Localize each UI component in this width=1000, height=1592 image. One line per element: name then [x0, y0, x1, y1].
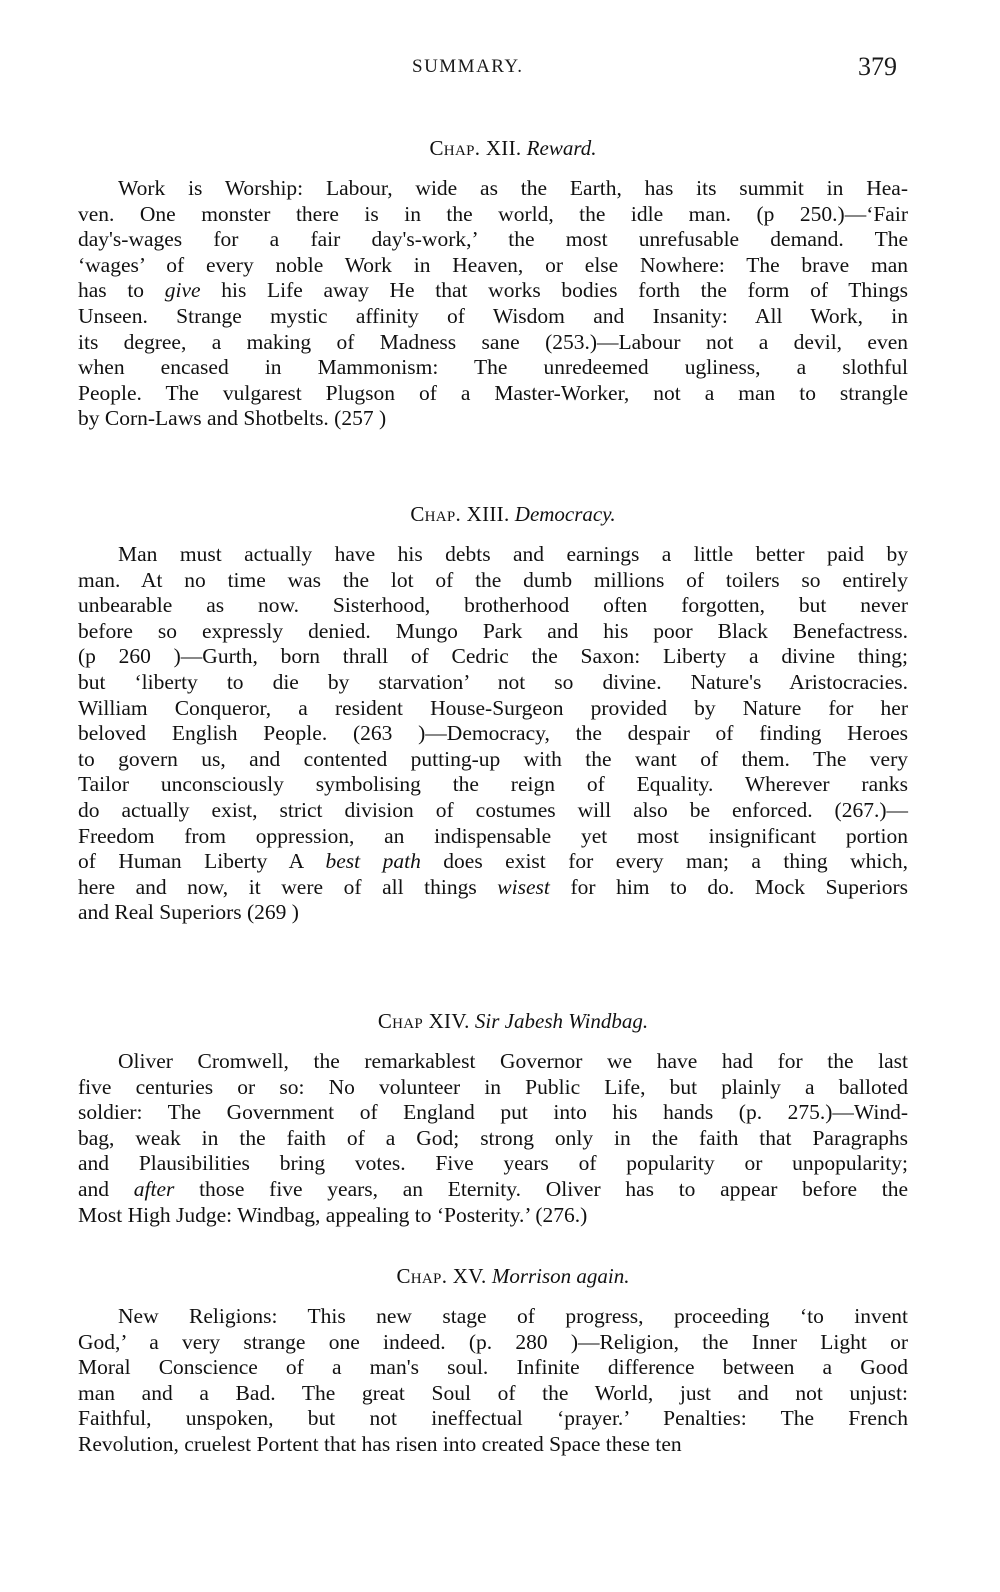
chapter-heading: Chap. XIII. Democracy. — [78, 500, 908, 528]
text-line: and after those five years, an Eternity.… — [78, 1177, 908, 1203]
chapter-label: Chap XIV. — [378, 1009, 470, 1033]
chapter-label: Chap. XIII. — [410, 502, 509, 526]
text-line: ven. One monster there is in the world, … — [78, 202, 908, 228]
text-line: Tailor unconsciously symbolising the rei… — [78, 772, 908, 798]
text-line: when encased in Mammonism: The unredeeme… — [78, 355, 908, 381]
chapter-heading: Chap XIV. Sir Jabesh Windbag. — [78, 1007, 908, 1035]
text-line: People. The vulgarest Plugson of a Maste… — [78, 381, 908, 407]
text-line: man. At no time was the lot of the dumb … — [78, 568, 908, 594]
text-line: five centuries or so: No volunteer in Pu… — [78, 1075, 908, 1101]
text-line: soldier: The Government of England put i… — [78, 1100, 908, 1126]
text-line: bag, weak in the faith of a God; strong … — [78, 1126, 908, 1152]
chapter-title: Sir Jabesh Windbag. — [475, 1009, 648, 1033]
text-line: day's-wages for a fair day's-work,’ the … — [78, 227, 908, 253]
text-line: before so expressly denied. Mungo Park a… — [78, 619, 908, 645]
chapter-body: Man must actually have his debts and ear… — [78, 542, 908, 926]
text-line: God,’ a very strange one indeed. (p. 280… — [78, 1330, 908, 1356]
text-line: (p 260 )—Gurth, born thrall of Cedric th… — [78, 644, 908, 670]
page-number: 379 — [858, 52, 897, 82]
chapter-title: Democracy. — [515, 502, 616, 526]
text-line: Oliver Cromwell, the remarkablest Govern… — [78, 1049, 908, 1075]
italic-emphasis: after — [134, 1177, 175, 1201]
text-line: to govern us, and contented putting-up w… — [78, 747, 908, 773]
text-line: its degree, a making of Madness sane (25… — [78, 330, 908, 356]
chapter-title: Morrison again. — [492, 1264, 630, 1288]
chapter-xiii-summary: Chap. XIII. Democracy. Man must actually… — [78, 500, 908, 926]
text-line: Man must actually have his debts and ear… — [78, 542, 908, 568]
text-line: Freedom from oppression, an indispensabl… — [78, 824, 908, 850]
chapter-body: Work is Worship: Labour, wide as the Ear… — [78, 176, 908, 432]
text-line: and Real Superiors (269 ) — [78, 900, 908, 926]
text-line: Moral Conscience of a man's soul. Infini… — [78, 1355, 908, 1381]
chapter-body: New Religions: This new stage of progres… — [78, 1304, 908, 1458]
chapter-heading: Chap. XII. Reward. — [78, 134, 908, 162]
running-head: SUMMARY. 379 — [0, 56, 1000, 86]
text-line: Most High Judge: Windbag, appealing to ‘… — [78, 1203, 908, 1229]
text-line: and Plausibilities bring votes. Five yea… — [78, 1151, 908, 1177]
text-line: Faithful, unspoken, but not ineffectual … — [78, 1406, 908, 1432]
chapter-heading: Chap. XV. Morrison again. — [78, 1262, 908, 1290]
book-page: SUMMARY. 379 Chap. XII. Reward. Work is … — [0, 0, 1000, 1592]
chapter-xii-summary: Chap. XII. Reward. Work is Worship: Labo… — [78, 134, 908, 432]
text-line: unbearable as now. Sisterhood, brotherho… — [78, 593, 908, 619]
text-line: New Religions: This new stage of progres… — [78, 1304, 908, 1330]
chapter-label: Chap. XV. — [396, 1264, 486, 1288]
text-line: ‘wages’ of every noble Work in Heaven, o… — [78, 253, 908, 279]
italic-emphasis: wisest — [497, 875, 550, 899]
chapter-xv-summary: Chap. XV. Morrison again. New Religions:… — [78, 1262, 908, 1458]
text-line: man and a Bad. The great Soul of the Wor… — [78, 1381, 908, 1407]
italic-emphasis: give — [165, 278, 201, 302]
text-line: here and now, it were of all things wise… — [78, 875, 908, 901]
text-line: of Human Liberty A best path does exist … — [78, 849, 908, 875]
text-line: William Conqueror, a resident House-Surg… — [78, 696, 908, 722]
text-line: has to give his Life away He that works … — [78, 278, 908, 304]
text-line: Revolution, cruelest Portent that has ri… — [78, 1432, 908, 1458]
chapter-xiv-summary: Chap XIV. Sir Jabesh Windbag. Oliver Cro… — [78, 1007, 908, 1228]
text-line: but ‘liberty to die by starvation’ not s… — [78, 670, 908, 696]
text-line: by Corn-Laws and Shotbelts. (257 ) — [78, 406, 908, 432]
chapter-label: Chap. XII. — [430, 136, 522, 160]
chapter-body: Oliver Cromwell, the remarkablest Govern… — [78, 1049, 908, 1228]
text-line: Work is Worship: Labour, wide as the Ear… — [78, 176, 908, 202]
italic-emphasis: best path — [326, 849, 421, 873]
text-line: beloved English People. (263 )—Democracy… — [78, 721, 908, 747]
chapter-title: Reward. — [527, 136, 597, 160]
text-line: do actually exist, strict division of co… — [78, 798, 908, 824]
text-line: Unseen. Strange mystic affinity of Wisdo… — [78, 304, 908, 330]
running-title: SUMMARY. — [412, 56, 523, 78]
